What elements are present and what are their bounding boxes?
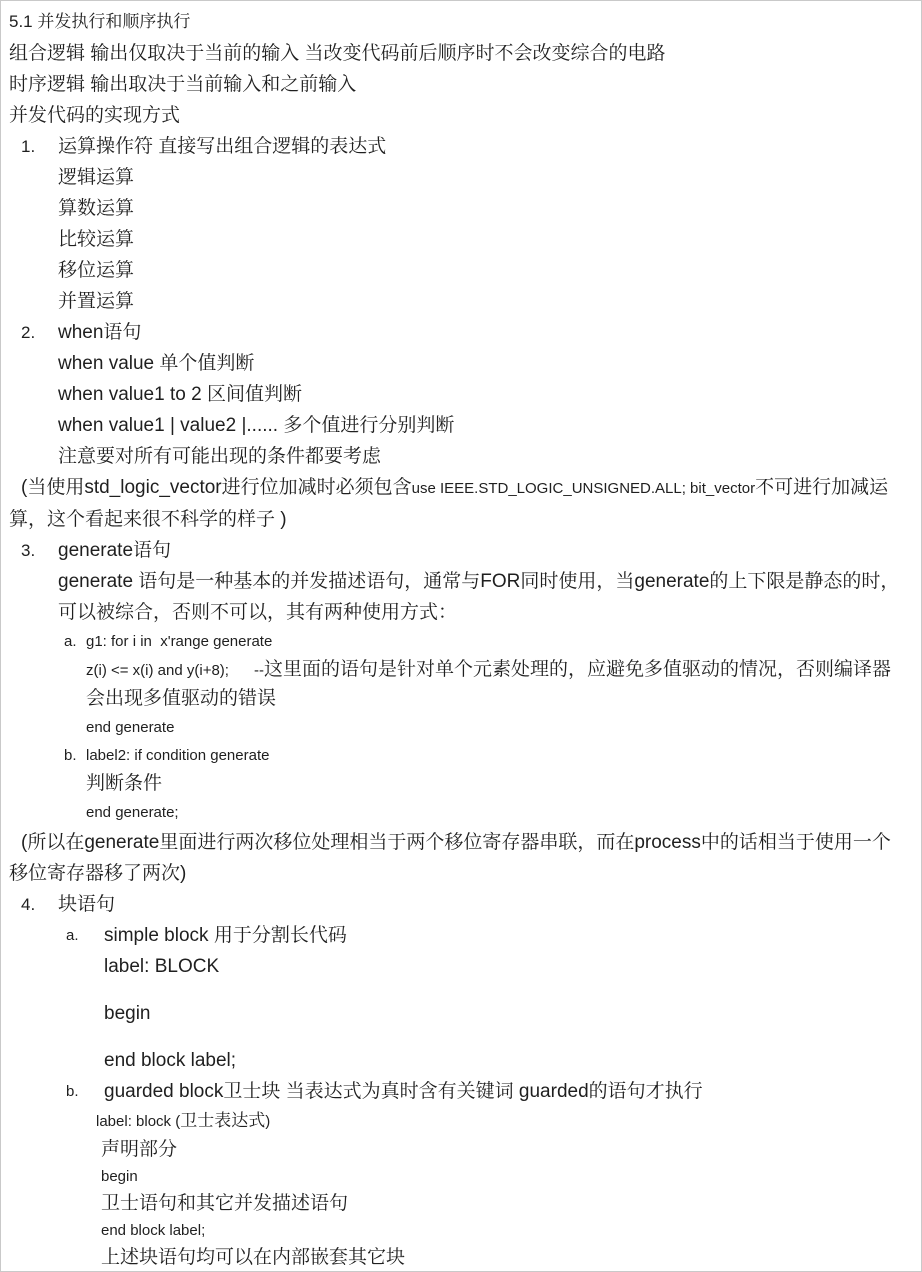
text-run: g1: for i in x'range generate: [86, 633, 272, 650]
text-run: end block label;: [104, 1050, 236, 1071]
section-heading: 5.1 并发执行和顺序执行: [9, 6, 907, 38]
text-run: 卫士语句和其它并发描述语句: [101, 1193, 348, 1214]
text-run: 块语句: [58, 894, 115, 915]
doc-line: 逻辑运算: [9, 162, 907, 193]
text-run: 判断条件: [86, 773, 162, 794]
doc-line: a.g1: for i in x'range generate: [9, 628, 907, 656]
text-run: when value 单个值判断: [58, 353, 254, 374]
list-marker: 2.: [21, 317, 35, 348]
list-marker: 4.: [21, 889, 35, 920]
doc-line: 比较运算: [9, 224, 907, 255]
text-run: ): [265, 1113, 270, 1130]
doc-line: label: block (卫士表达式): [9, 1107, 907, 1136]
text-run: generate语句: [58, 540, 171, 561]
blank-line: [9, 1029, 907, 1045]
text-run: z(i) <= x(i) and y(i+8); --: [86, 662, 264, 679]
list-marker: a.: [64, 628, 77, 656]
text-run: when语句: [58, 322, 141, 343]
text-run: 时序逻辑 输出取决于当前输入和之前输入: [9, 74, 356, 95]
text-run: 逻辑运算: [58, 167, 134, 188]
text-run: simple block 用于分割长代码: [104, 925, 347, 946]
text-run: label: block (: [96, 1113, 180, 1130]
text-run: use IEEE.STD_LOGIC_UNSIGNED.ALL; bit_vec…: [412, 480, 755, 497]
doc-line: b.label2: if condition generate: [9, 742, 907, 770]
doc-line: 组合逻辑 输出仅取决于当前的输入 当改变代码前后顺序时不会改变综合的电路: [9, 38, 907, 69]
doc-line: 算数运算: [9, 193, 907, 224]
text-run: 注意要对所有可能出现的条件都要考虑: [58, 446, 381, 467]
doc-line: 1.运算操作符 直接写出组合逻辑的表达式: [9, 131, 907, 162]
text-run: 卫士表达式: [180, 1111, 265, 1130]
doc-line: 时序逻辑 输出取决于当前输入和之前输入: [9, 69, 907, 100]
text-run: 上述块语句均可以在内部嵌套其它块: [101, 1247, 405, 1268]
text-run: guarded block卫士块 当表达式为真时含有关键词 guarded的语句…: [104, 1081, 703, 1102]
doc-line: 注意要对所有可能出现的条件都要考虑: [9, 441, 907, 472]
text-run: 5.1 并发执行和顺序执行: [9, 12, 190, 31]
text-run: when value1 | value2 |...... 多个值进行分别判断: [58, 415, 454, 436]
doc-line: (所以在generate里面进行两次移位处理相当于两个移位寄存器串联，而在pro…: [9, 827, 907, 889]
text-run: 并置运算: [58, 291, 134, 312]
doc-line: 2.when语句: [9, 317, 907, 348]
text-run: 声明部分: [101, 1139, 177, 1160]
doc-line: 卫士语句和其它并发描述语句: [9, 1190, 907, 1218]
doc-line: begin: [9, 998, 907, 1029]
doc-line: 并发代码的实现方式: [9, 100, 907, 131]
doc-line: when value1 | value2 |...... 多个值进行分别判断: [9, 410, 907, 441]
doc-line: end block label;: [9, 1218, 907, 1244]
doc-line: end generate;: [9, 799, 907, 827]
text-run: 移位运算: [58, 260, 134, 281]
doc-line: when value1 to 2 区间值判断: [9, 379, 907, 410]
doc-line: z(i) <= x(i) and y(i+8); --这里面的语句是针对单个元素…: [9, 656, 907, 714]
text-run: generate 语句是一种基本的并发描述语句，通常与FOR同时使用，当gene…: [58, 571, 899, 623]
blank-line: [9, 982, 907, 998]
doc-line: (当使用std_logic_vector进行位加减时必须包含use IEEE.S…: [9, 472, 907, 535]
doc-line: end generate: [9, 714, 907, 742]
doc-line: begin: [9, 1164, 907, 1190]
doc-line: a.simple block 用于分割长代码: [9, 920, 907, 951]
doc-line: 4.块语句: [9, 889, 907, 920]
text-run: end generate: [86, 719, 174, 736]
doc-line: 声明部分: [9, 1136, 907, 1164]
doc-line: when value 单个值判断: [9, 348, 907, 379]
doc-line: 上述块语句均可以在内部嵌套其它块: [9, 1244, 907, 1272]
text-run: (当使用std_logic_vector进行位加减时必须包含: [21, 477, 412, 498]
doc-line: 移位运算: [9, 255, 907, 286]
doc-line: 判断条件: [9, 770, 907, 799]
text-run: 算数运算: [58, 198, 134, 219]
list-marker: 3.: [21, 535, 35, 566]
text-run: label2: if condition generate: [86, 747, 269, 764]
text-run: begin: [104, 1003, 151, 1024]
document-page: 5.1 并发执行和顺序执行组合逻辑 输出仅取决于当前的输入 当改变代码前后顺序时…: [0, 0, 922, 1272]
doc-line: generate 语句是一种基本的并发描述语句，通常与FOR同时使用，当gene…: [9, 566, 907, 628]
list-marker: a.: [66, 920, 79, 951]
text-run: end block label;: [101, 1222, 205, 1239]
text-run: begin: [101, 1168, 138, 1185]
text-run: 运算操作符 直接写出组合逻辑的表达式: [58, 136, 386, 157]
text-run: 组合逻辑 输出仅取决于当前的输入 当改变代码前后顺序时不会改变综合的电路: [9, 43, 666, 64]
text-run: (所以在generate里面进行两次移位处理相当于两个移位寄存器串联，而在pro…: [9, 832, 891, 884]
list-marker: 1.: [21, 131, 35, 162]
text-run: when value1 to 2 区间值判断: [58, 384, 302, 405]
doc-line: label: BLOCK: [9, 951, 907, 982]
doc-line: 并置运算: [9, 286, 907, 317]
list-marker: b.: [66, 1076, 79, 1107]
list-marker: b.: [64, 742, 77, 770]
text-run: 比较运算: [58, 229, 134, 250]
text-run: end generate;: [86, 804, 179, 821]
doc-line: b.guarded block卫士块 当表达式为真时含有关键词 guarded的…: [9, 1076, 907, 1107]
text-run: label: BLOCK: [104, 956, 219, 977]
doc-line: 3.generate语句: [9, 535, 907, 566]
doc-line: end block label;: [9, 1045, 907, 1076]
text-run: 并发代码的实现方式: [9, 105, 180, 126]
